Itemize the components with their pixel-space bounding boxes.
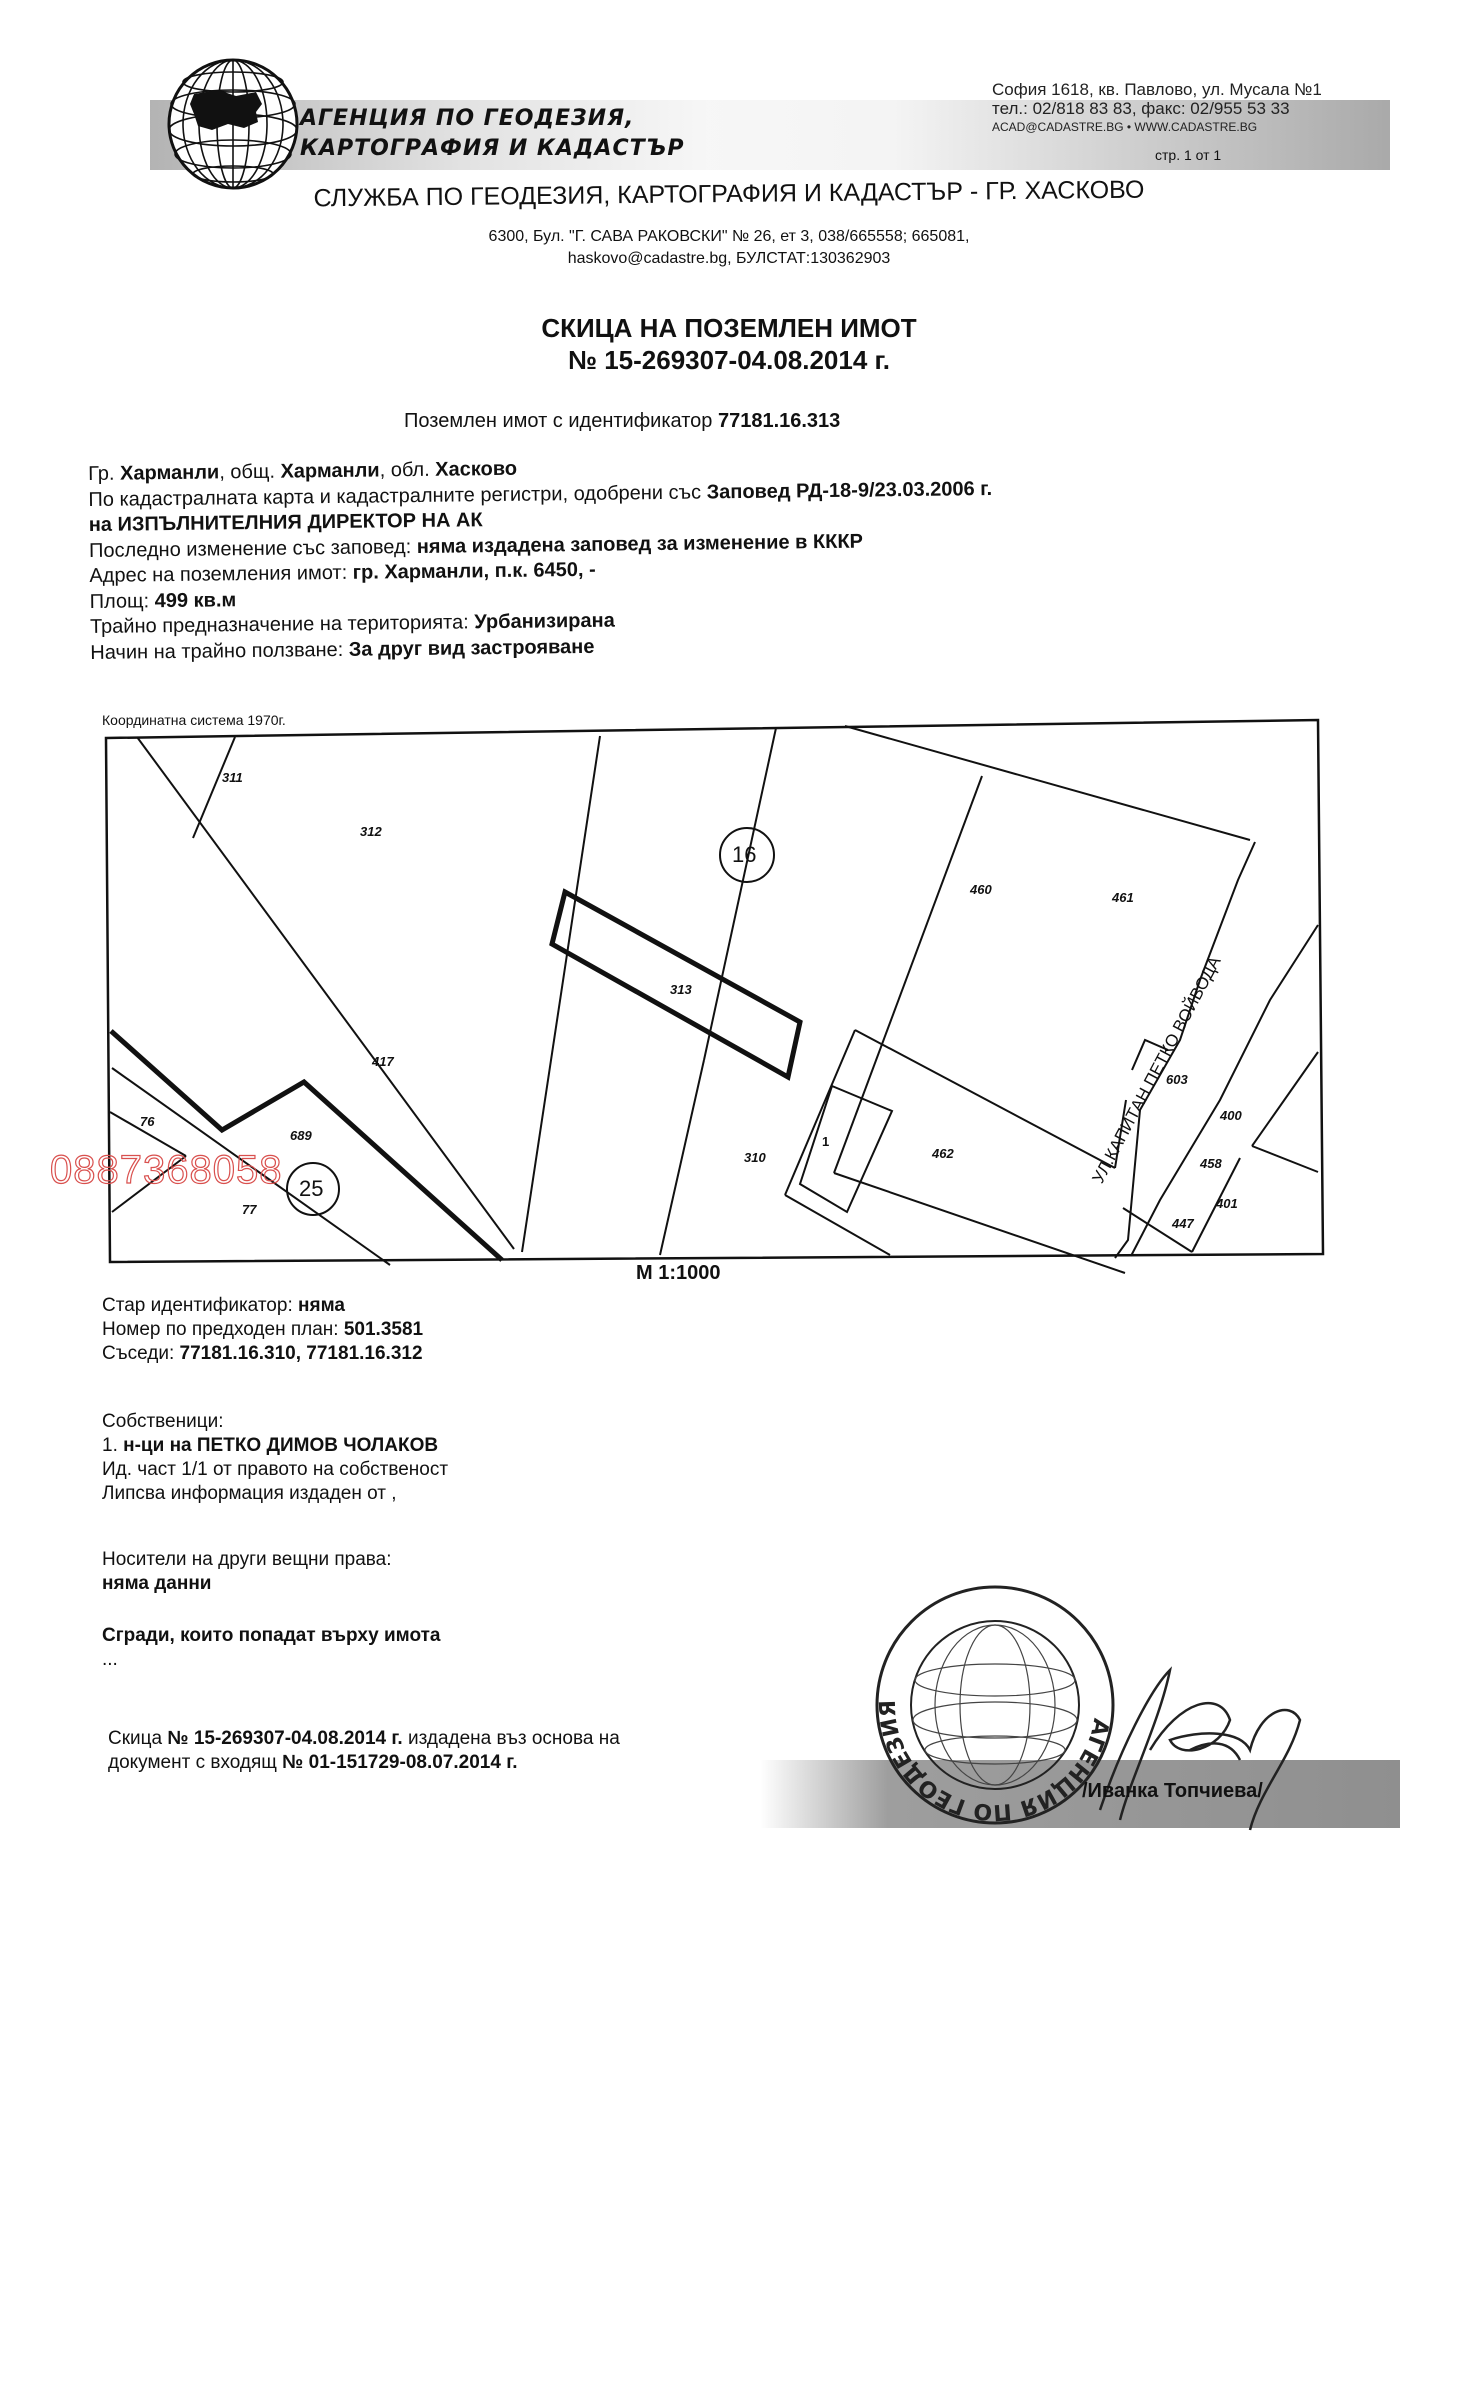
parcel-label: 462 xyxy=(932,1146,954,1161)
footer-note: Скица № 15-269307-04.08.2014 г. издадена… xyxy=(108,1727,620,1775)
parcel-label: 400 xyxy=(1220,1108,1242,1123)
parcel-label: 77 xyxy=(242,1202,256,1217)
other-rights-section: Носители на други вещни права: няма данн… xyxy=(102,1548,392,1596)
parcel-label: 447 xyxy=(1172,1216,1194,1231)
parcel-label: 417 xyxy=(372,1054,394,1069)
parcel-label-313: 313 xyxy=(670,982,692,997)
parcel-label: 311 xyxy=(222,770,243,785)
map-scale: М 1:1000 xyxy=(636,1262,721,1285)
owner-item: 1. н-ци на ПЕТКО ДИМОВ ЧОЛАКОВ xyxy=(102,1434,448,1458)
cadastral-map xyxy=(0,0,1458,1300)
owners-heading: Собственици: xyxy=(102,1410,448,1434)
buildings-section: Сгради, които попадат върху имота ... xyxy=(102,1624,440,1672)
parcel-label: 689 xyxy=(290,1128,312,1143)
parcel-info: Стар идентификатор: няма Номер по предхо… xyxy=(102,1294,423,1366)
parcel-label: 460 xyxy=(970,882,992,897)
parcel-label: 312 xyxy=(360,824,382,839)
owners-section: Собственици: 1. н-ци на ПЕТКО ДИМОВ ЧОЛА… xyxy=(102,1410,448,1506)
block-number-25: 25 xyxy=(299,1176,323,1202)
signature-icon xyxy=(1060,1630,1360,1850)
parcel-label: 76 xyxy=(140,1114,154,1129)
parcel-label: 461 xyxy=(1112,890,1134,905)
block-number-16: 16 xyxy=(732,842,756,868)
phone-watermark: 0887368058 xyxy=(50,1148,282,1193)
signer-name: /Иванка Топчиева/ xyxy=(1082,1780,1263,1803)
parcel-label: 401 xyxy=(1216,1196,1238,1211)
parcel-label: 310 xyxy=(744,1150,766,1165)
parcel-label: 603 xyxy=(1166,1072,1188,1087)
parcel-label: 458 xyxy=(1200,1156,1222,1171)
building-label: 1 xyxy=(822,1134,829,1149)
owner-missing-info: Липсва информация издаден от , xyxy=(102,1482,448,1506)
owner-share: Ид. част 1/1 от правото на собственост xyxy=(102,1458,448,1482)
